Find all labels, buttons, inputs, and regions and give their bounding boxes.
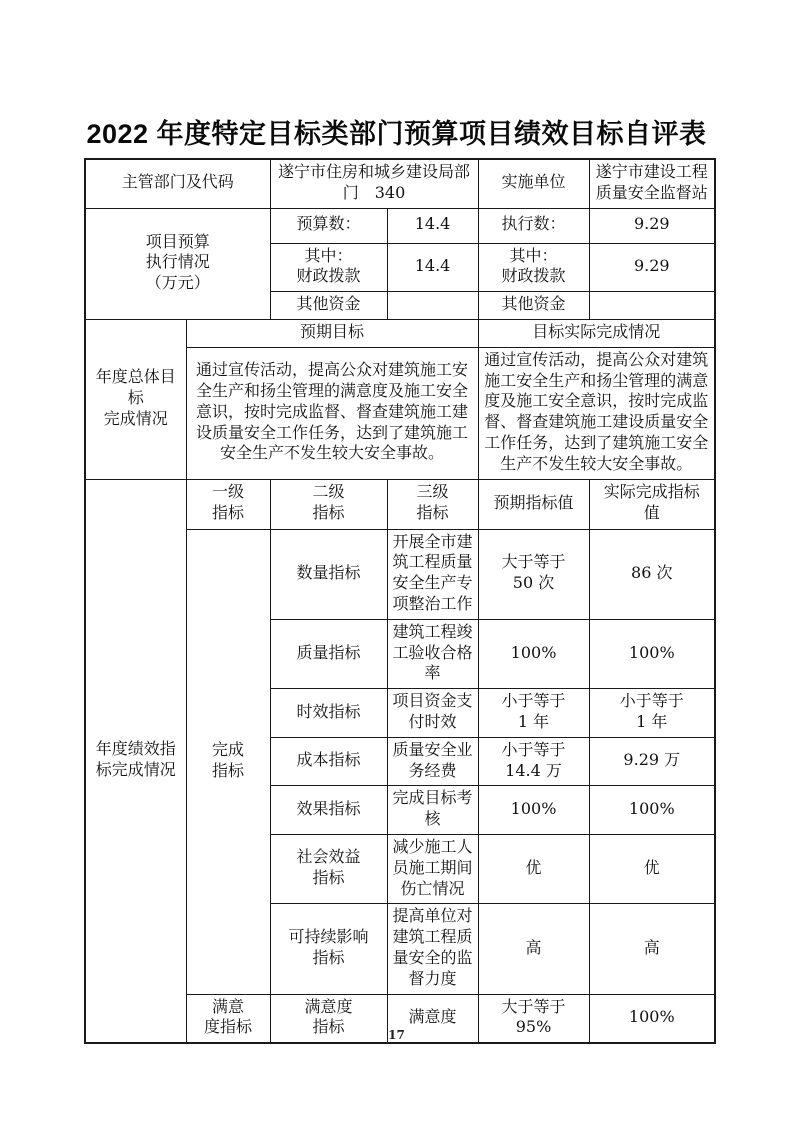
implement-unit-value-cell: 遂宁市建设工程 质量安全监督站 (589, 159, 715, 208)
indicator-actual-cell: 100% (589, 786, 715, 835)
budget-label-cell: 其中： 财政拨款 (270, 243, 387, 292)
implement-unit-label-cell: 实施单位 (478, 159, 589, 208)
indicator-expected-cell: 100% (478, 619, 589, 688)
indicator-actual-cell: 优 (589, 834, 715, 903)
indicator-level2-cell: 数量指标 (270, 529, 387, 619)
budget-value-cell (589, 292, 715, 320)
level3-header-cell: 三级 指标 (387, 479, 478, 529)
indicator-level2-cell: 时效指标 (270, 689, 387, 738)
actual-value-header-cell: 实际完成指标 值 (589, 479, 715, 529)
budget-value-cell: 9.29 (589, 208, 715, 243)
indicator-actual-cell: 小于等于 1 年 (589, 689, 715, 738)
indicator-expected-cell: 优 (478, 834, 589, 903)
indicator-level3-cell: 完成目标考 核 (387, 786, 478, 835)
indicators-section-label-cell: 年度绩效指 标完成情况 (85, 479, 186, 1043)
budget-section-label-cell: 项目预算 执行情况 （万元） (85, 208, 270, 319)
indicator-level2-cell: 成本指标 (270, 737, 387, 786)
indicator-expected-cell: 100% (478, 786, 589, 835)
annual-goal-label-cell: 年度总体目 标 完成情况 (85, 319, 186, 479)
dept-code-value-cell: 遂宁市住房和城乡建设局部 门 340 (270, 159, 478, 208)
indicator-level2-cell: 可持续影响 指标 (270, 904, 387, 994)
indicator-level2-cell: 社会效益 指标 (270, 834, 387, 903)
expected-value-header-cell: 预期指标值 (478, 479, 589, 529)
level2-header-cell: 二级 指标 (270, 479, 387, 529)
self-evaluation-table: 主管部门及代码 遂宁市住房和城乡建设局部 门 340 实施单位 遂宁市建设工程 … (84, 158, 716, 1044)
indicator-level2-cell: 效果指标 (270, 786, 387, 835)
budget-value-cell: 14.4 (387, 208, 478, 243)
indicator-level3-cell: 开展全市建 筑工程质量 安全生产专 项整治工作 (387, 529, 478, 619)
budget-value-cell: 14.4 (387, 243, 478, 292)
indicator-expected-cell: 大于等于 50 次 (478, 529, 589, 619)
actual-goal-header-cell: 目标实际完成情况 (478, 319, 715, 347)
indicator-actual-cell: 高 (589, 904, 715, 994)
expected-goal-text-cell: 通过宣传活动，提高公众对建筑施工安全生产和扬尘管理的满意度及施工安全意识，按时完… (186, 347, 478, 479)
indicator-level3-cell: 项目资金支 付时效 (387, 689, 478, 738)
indicator-expected-cell: 高 (478, 904, 589, 994)
document-title: 2022 年度特定目标类部门预算项目绩效目标自评表 (0, 112, 793, 151)
indicator-level3-cell: 建筑工程竣 工验收合格 率 (387, 619, 478, 688)
budget-label-cell: 执行数： (478, 208, 589, 243)
level1-group-cell: 完成 指标 (186, 529, 270, 994)
budget-label-cell: 其中： 财政拨款 (478, 243, 589, 292)
indicator-actual-cell: 86 次 (589, 529, 715, 619)
actual-goal-text-cell: 通过宣传活动，提高公众对建筑施工安全生产和扬尘管理的满意度及施工安全意识，按时完… (478, 347, 715, 479)
document-page: 2022 年度特定目标类部门预算项目绩效目标自评表 主管部门及代码 遂宁市住房和… (0, 0, 793, 1122)
indicator-level3-cell: 减少施工人 员施工期间 伤亡情况 (387, 834, 478, 903)
indicator-level3-cell: 提高单位对 建筑工程质 量安全的监 督力度 (387, 904, 478, 994)
indicator-actual-cell: 9.29 万 (589, 737, 715, 786)
level1-header-cell: 一级 指标 (186, 479, 270, 529)
indicator-level2-cell: 质量指标 (270, 619, 387, 688)
budget-label-cell: 预算数： (270, 208, 387, 243)
budget-label-cell: 其他资金 (270, 292, 387, 320)
indicator-expected-cell: 小于等于 14.4 万 (478, 737, 589, 786)
page-number: 17 (0, 1028, 793, 1042)
indicator-actual-cell: 100% (589, 619, 715, 688)
expected-goal-header-cell: 预期目标 (186, 319, 478, 347)
budget-value-cell: 9.29 (589, 243, 715, 292)
indicator-level3-cell: 质量安全业 务经费 (387, 737, 478, 786)
dept-code-label-cell: 主管部门及代码 (85, 159, 270, 208)
budget-label-cell: 其他资金 (478, 292, 589, 320)
budget-value-cell (387, 292, 478, 320)
indicator-expected-cell: 小于等于 1 年 (478, 689, 589, 738)
